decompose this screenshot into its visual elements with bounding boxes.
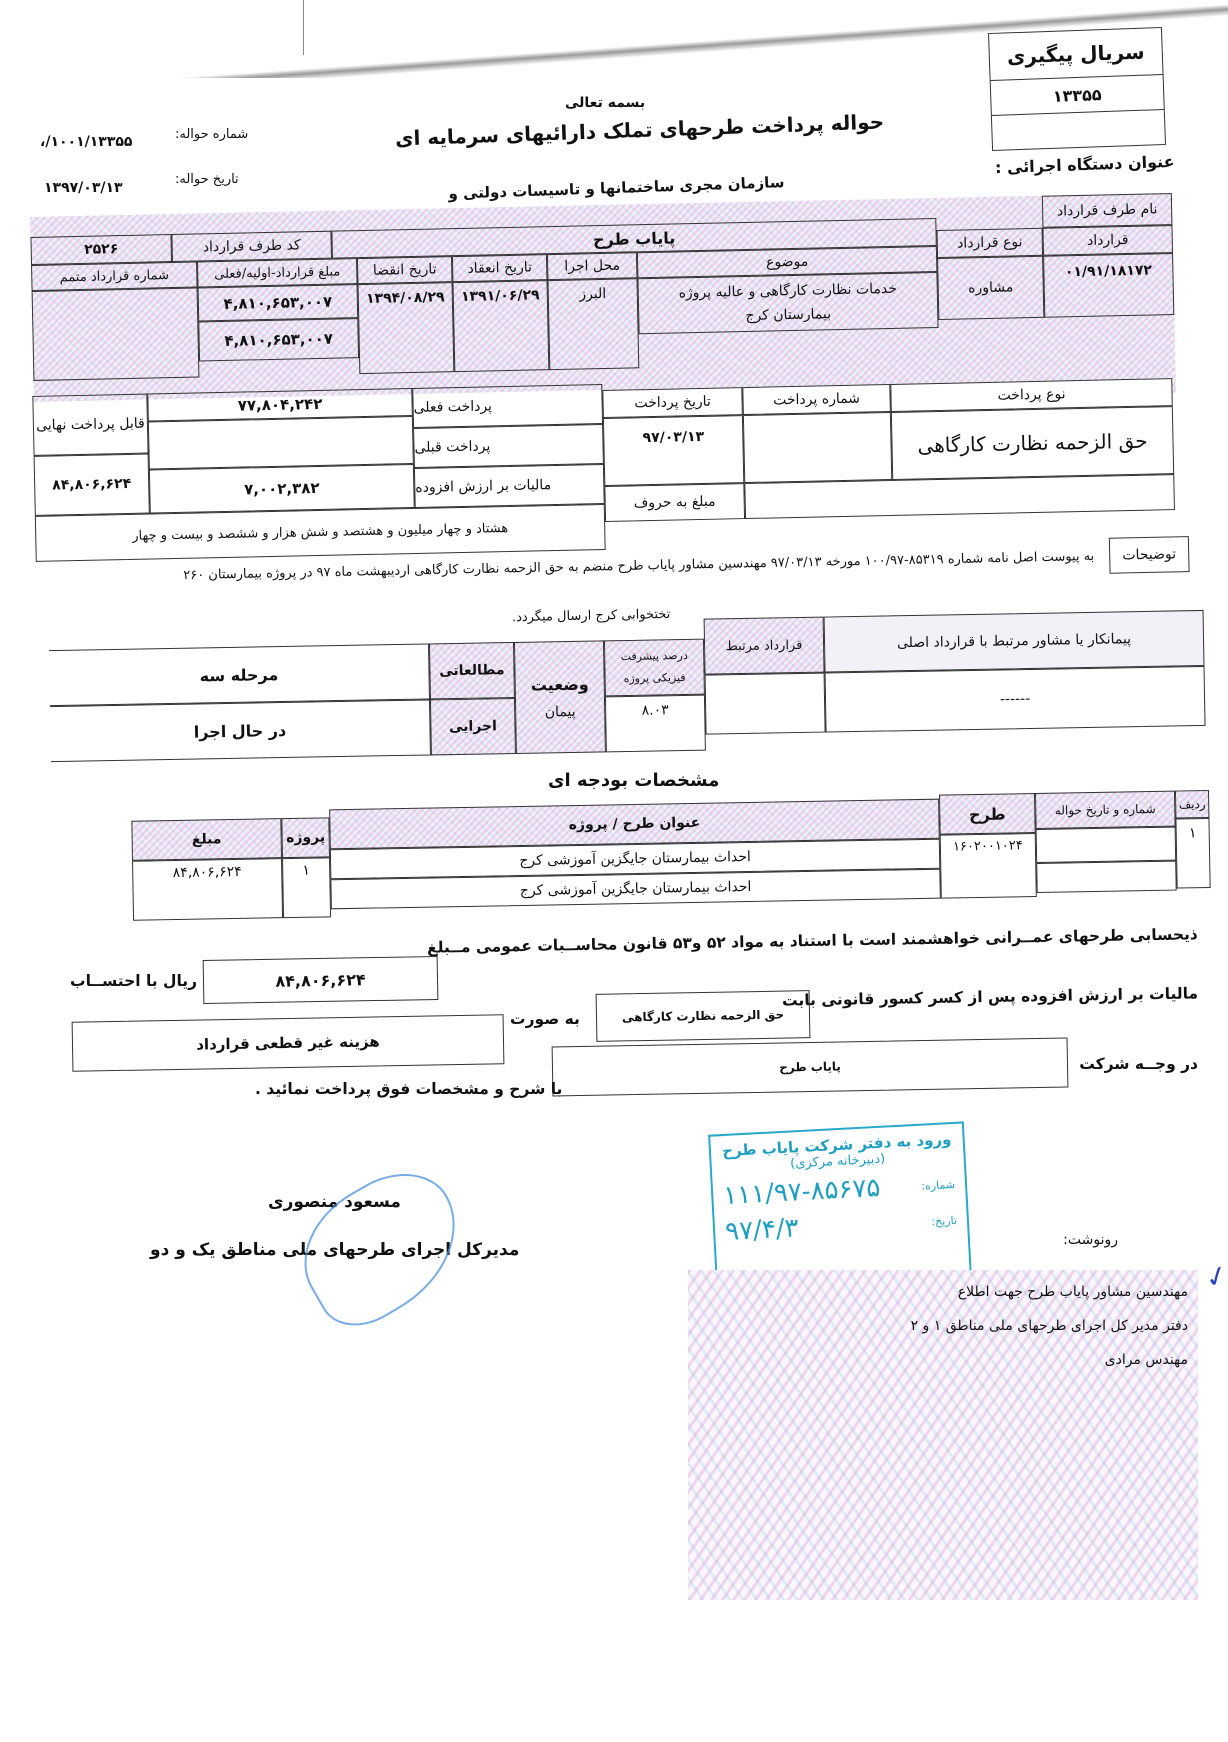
remittance-date-label: تاریخ حواله: xyxy=(175,172,239,187)
serial-value: ۱۳۳۵۵ xyxy=(991,75,1164,116)
budget-col-row: ردیف xyxy=(1175,790,1209,819)
order-as-label: به صورت xyxy=(510,1010,580,1028)
contractor-label: پیمانکار یا مشاور مرتبط با قرارداد اصلی xyxy=(824,610,1205,673)
stamp-date-value: ۹۷/۴/۳ xyxy=(724,1213,799,1247)
budget-col-plan: طرح xyxy=(939,793,1036,835)
cc-item-1: مهندسین مشاور پایاب طرح جهت اطلاع xyxy=(958,1284,1188,1300)
payment-type-value: حق الزحمه نظارت کارگاهی xyxy=(891,406,1174,480)
remittance-date-value: ۱۳۹۷/۰۳/۱۳ xyxy=(44,180,123,196)
budget-row-project: ۱ xyxy=(282,857,331,918)
budget-row-remit xyxy=(1036,827,1177,863)
amount-label: مبلغ قرارداد-اولیه/فعلی xyxy=(197,258,358,287)
supplement-value xyxy=(32,287,200,380)
contract-type-label: نوع قرارداد xyxy=(937,228,1044,258)
related-contract-value xyxy=(705,673,826,735)
bismillah: بسمه تعالی xyxy=(565,95,645,111)
party-name-label: نام طرف قرارداد xyxy=(1042,193,1173,228)
signed-date-label: تاریخ انعقاد xyxy=(452,254,548,282)
order-rial-label: ریال با احتســاب xyxy=(70,972,197,990)
payment-date-value: ۹۷/۰۳/۱۳ xyxy=(603,415,744,486)
budget-row-plan: ۱۶۰۲۰۰۱۰۲۴ xyxy=(940,833,1037,899)
contract-value: ۰۱/۹۱/۱۸۱۷۲ xyxy=(1043,253,1174,318)
order-line-2: مالیات بر ارزش افزوده پس از کسر کسور قان… xyxy=(782,984,1198,1009)
payment-number-value xyxy=(743,412,892,483)
stage-value: مرحله سه xyxy=(49,643,430,706)
order-amount-box: ۸۴,۸۰۶,۶۲۴ xyxy=(203,956,439,1004)
phase-exec: اجرایی xyxy=(430,698,516,755)
vat-label: مالیات بر ارزش افزوده xyxy=(414,464,605,508)
amount-initial: ۴,۸۱۰,۶۵۳,۰۰۷ xyxy=(198,284,359,321)
serial-label: سریال پیگیری xyxy=(989,28,1163,81)
contract-type-value: مشاوره xyxy=(937,256,1044,320)
contractor-value: ------ xyxy=(825,666,1206,733)
cc-item-3: مهندس مرادی xyxy=(1105,1352,1188,1368)
checkmark-icon: ✓ xyxy=(1200,1257,1228,1296)
budget-row-amount: ۸۴,۸۰۶,۶۲۴ xyxy=(132,858,283,921)
state-value: در حال اجرا xyxy=(50,699,431,762)
budget-row-num: ۱ xyxy=(1175,818,1210,889)
description-text-line2: تختخوابی کرج ارسال میگردد. xyxy=(512,607,671,625)
budget-table: ردیف شماره و تاریخ حواله طرح عنوان طرح /… xyxy=(59,790,1211,920)
payment-table: نوع پرداخت حق الزحمه نظارت کارگاهی شماره… xyxy=(32,378,1175,562)
previous-payment-value xyxy=(148,416,414,470)
vat-value: ۷,۰۰۲,۳۸۲ xyxy=(149,464,415,514)
progress-label: درصد پیشرفت فیزیکی پروژه xyxy=(604,639,705,697)
party-code-label: کد طرف قرارداد xyxy=(171,231,332,262)
location-label: محل اجرا xyxy=(547,252,638,280)
executive-label: عنوان دستگاه اجرائی : xyxy=(995,152,1175,177)
order-for-box: حق الزحمه نظارت کارگاهی xyxy=(596,990,811,1042)
received-stamp: ورود به دفتر شرکت پایاب طرح (دبیرخانه مر… xyxy=(708,1121,972,1290)
stamp-date-label: تاریخ: xyxy=(931,1213,957,1227)
budget-col-remit: شماره و تاریخ حواله xyxy=(1035,791,1176,829)
payment-date-label: تاریخ پرداخت xyxy=(602,387,743,418)
contract-label: قرارداد xyxy=(1042,225,1173,256)
contract-status: وضعیت پیمان xyxy=(514,640,606,754)
expiry-date-label: تاریخ انقضا xyxy=(357,256,453,284)
order-line-1: ذیحسابی طرحهای عمــرانی خواهشمند است با … xyxy=(427,925,1198,956)
amount-current: ۴,۸۱۰,۶۵۳,۰۰۷ xyxy=(198,318,359,361)
budget-row-remit-2 xyxy=(1036,861,1177,893)
budget-col-amount: مبلغ xyxy=(131,818,282,861)
status-value: پیمان xyxy=(545,703,576,720)
remittance-no-label: شماره حواله: xyxy=(175,127,248,142)
payment-blank-row xyxy=(744,474,1175,519)
location-value: البرز xyxy=(547,278,639,370)
order-line-3: در وجــه شرکت xyxy=(1079,1055,1198,1073)
party-code-value: ۲۵۲۶ xyxy=(30,234,172,265)
page-title: حواله پرداخت طرحهای تملک دارائیهای سرمای… xyxy=(395,109,885,150)
expiry-date-value: ۱۳۹۴/۰۸/۲۹ xyxy=(358,282,455,374)
cc-item-2: دفتر مدیر کل اجرای طرحهای ملی مناطق ۱ و … xyxy=(911,1318,1188,1334)
supplement-label: شماره قرارداد متمم xyxy=(31,261,198,290)
description-label: توضیحات xyxy=(1109,536,1190,574)
order-line-3-post: با شرح و مشخصات فوق پرداخت نمائید . xyxy=(255,1080,562,1098)
current-payment-label: پرداخت فعلی xyxy=(412,384,603,428)
order-as-box: هزینه غیر قطعی قرارداد xyxy=(72,1014,505,1072)
stamp-number-label: شماره: xyxy=(921,1177,955,1192)
final-payment-value: ۸۴,۸۰۶,۶۲۴ xyxy=(34,454,150,516)
remittance-no-value: ۱۰۰۱/۱۳۳۵۵/، xyxy=(40,134,132,150)
amount-words-label: مبلغ به حروف xyxy=(604,483,745,522)
previous-payment-label: پرداخت قبلی xyxy=(413,424,604,468)
progress-value: ۸.۰۳ xyxy=(605,695,706,753)
related-contract-label: قرارداد مرتبط xyxy=(704,617,825,675)
serial-box: سریال پیگیری ۱۳۳۵۵ xyxy=(988,27,1166,151)
status-label: وضعیت xyxy=(531,674,589,694)
document-page: سریال پیگیری ۱۳۳۵۵ بسمه تعالی حواله پردا… xyxy=(0,0,1228,1742)
order-company-box: پایاب طرح xyxy=(552,1038,1069,1097)
fold-line xyxy=(303,0,304,55)
status-table: پیمانکار یا مشاور مرتبط با قرارداد اصلی … xyxy=(49,630,1206,770)
stamp-number-value: ۱۱۱/۹۷-۸۵۶۷۵ xyxy=(723,1173,882,1211)
subject-value: خدمات نظارت کارگاهی و عالیه پروژه بیمارس… xyxy=(637,272,938,334)
signed-date-value: ۱۳۹۱/۰۶/۲۹ xyxy=(452,280,549,372)
budget-col-project: پروژه xyxy=(281,817,330,858)
final-payment-label: قابل پرداخت نهایی xyxy=(32,394,148,456)
phase-study: مطالعاتی xyxy=(429,642,515,699)
budget-title: مشخصات بودجه ای xyxy=(548,770,719,791)
cc-label: رونوشت: xyxy=(1063,1232,1118,1248)
payment-number-label: شماره پرداخت xyxy=(742,384,891,415)
